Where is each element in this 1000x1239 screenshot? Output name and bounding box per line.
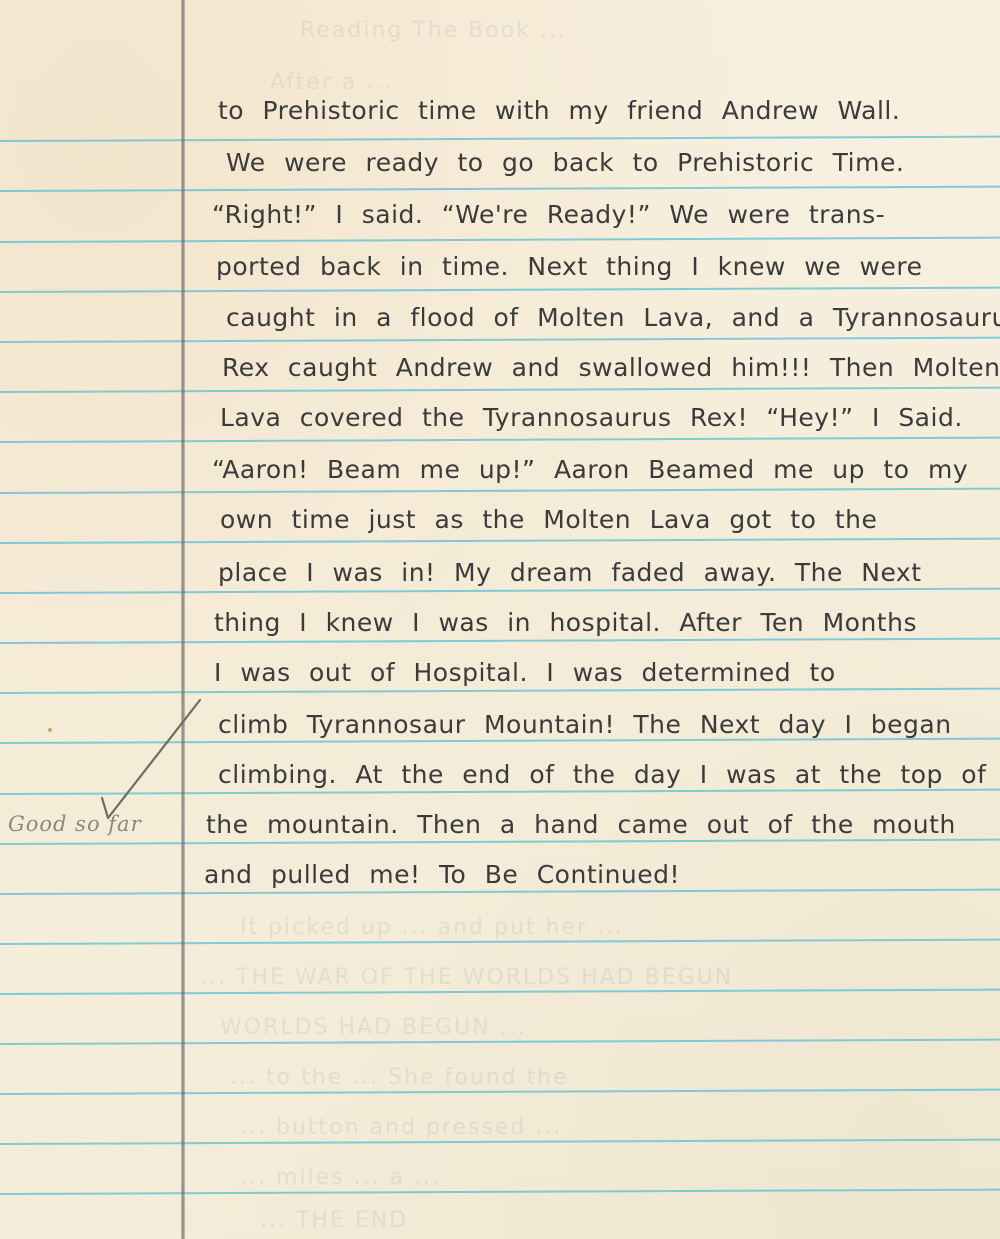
ruled-line (0, 237, 1000, 243)
ruled-line (0, 287, 1000, 293)
text-line: caught in a flood of Molten Lava, and a … (226, 303, 1000, 332)
text-line: “Aaron! Beam me up!” Aaron Beamed me up … (212, 455, 968, 484)
ruled-line (0, 186, 1000, 192)
ruled-line (0, 136, 1000, 142)
ruled-line (0, 337, 1000, 343)
notebook-page: Reading The Book ... After a ... It pick… (0, 0, 1000, 1239)
text-line: the mountain. Then a hand came out of th… (206, 810, 956, 839)
ruled-line (0, 387, 1000, 393)
margin-line (181, 0, 185, 1239)
ruled-line (0, 538, 1000, 544)
text-line: Rex caught Andrew and swallowed him!!! T… (222, 353, 1000, 382)
bleed-through-text: WORLDS HAD BEGUN ... (220, 1015, 527, 1040)
ruled-line (0, 839, 1000, 845)
text-line: climbing. At the end of the day I was at… (218, 760, 986, 789)
bleed-through-text: ... THE END (260, 1208, 408, 1233)
ruled-line (0, 437, 1000, 443)
paper-speck (48, 728, 52, 732)
ruled-line (0, 889, 1000, 895)
text-line: and pulled me! To Be Continued! (204, 860, 680, 889)
text-line: Lava covered the Tyrannosaurus Rex! “Hey… (220, 403, 963, 432)
bleed-through-text: ... to the ... She found the (230, 1065, 569, 1090)
ruled-line (0, 488, 1000, 494)
text-line: climb Tyrannosaur Mountain! The Next day… (218, 710, 952, 739)
bleed-through-text: Reading The Book ... (300, 18, 567, 43)
text-line: own time just as the Molten Lava got to … (220, 505, 877, 534)
ruled-line (0, 588, 1000, 594)
text-line: I was out of Hospital. I was determined … (214, 658, 836, 687)
bleed-through-text: ... button and pressed ... (240, 1115, 562, 1140)
text-line: We were ready to go back to Prehistoric … (226, 148, 904, 177)
text-line: “Right!” I said. “We're Ready!” We were … (212, 200, 885, 229)
bleed-through-text: It picked up ... and put her ... (240, 915, 624, 940)
ruled-line (0, 638, 1000, 644)
bleed-through-text: After a ... (270, 70, 393, 95)
text-line: ported back in time. Next thing I knew w… (216, 252, 922, 281)
teacher-margin-note: Good so far (8, 812, 142, 836)
bleed-through-text: ... miles ... a ... (240, 1165, 441, 1190)
ruled-line (0, 1189, 1000, 1195)
bleed-through-text: ... THE WAR OF THE WORLDS HAD BEGUN (200, 965, 733, 990)
text-line: place I was in! My dream faded away. The… (218, 558, 922, 587)
text-line: to Prehistoric time with my friend Andre… (218, 96, 900, 125)
ruled-line (0, 688, 1000, 694)
ruled-line (0, 789, 1000, 795)
text-line: thing I knew I was in hospital. After Te… (214, 608, 917, 637)
